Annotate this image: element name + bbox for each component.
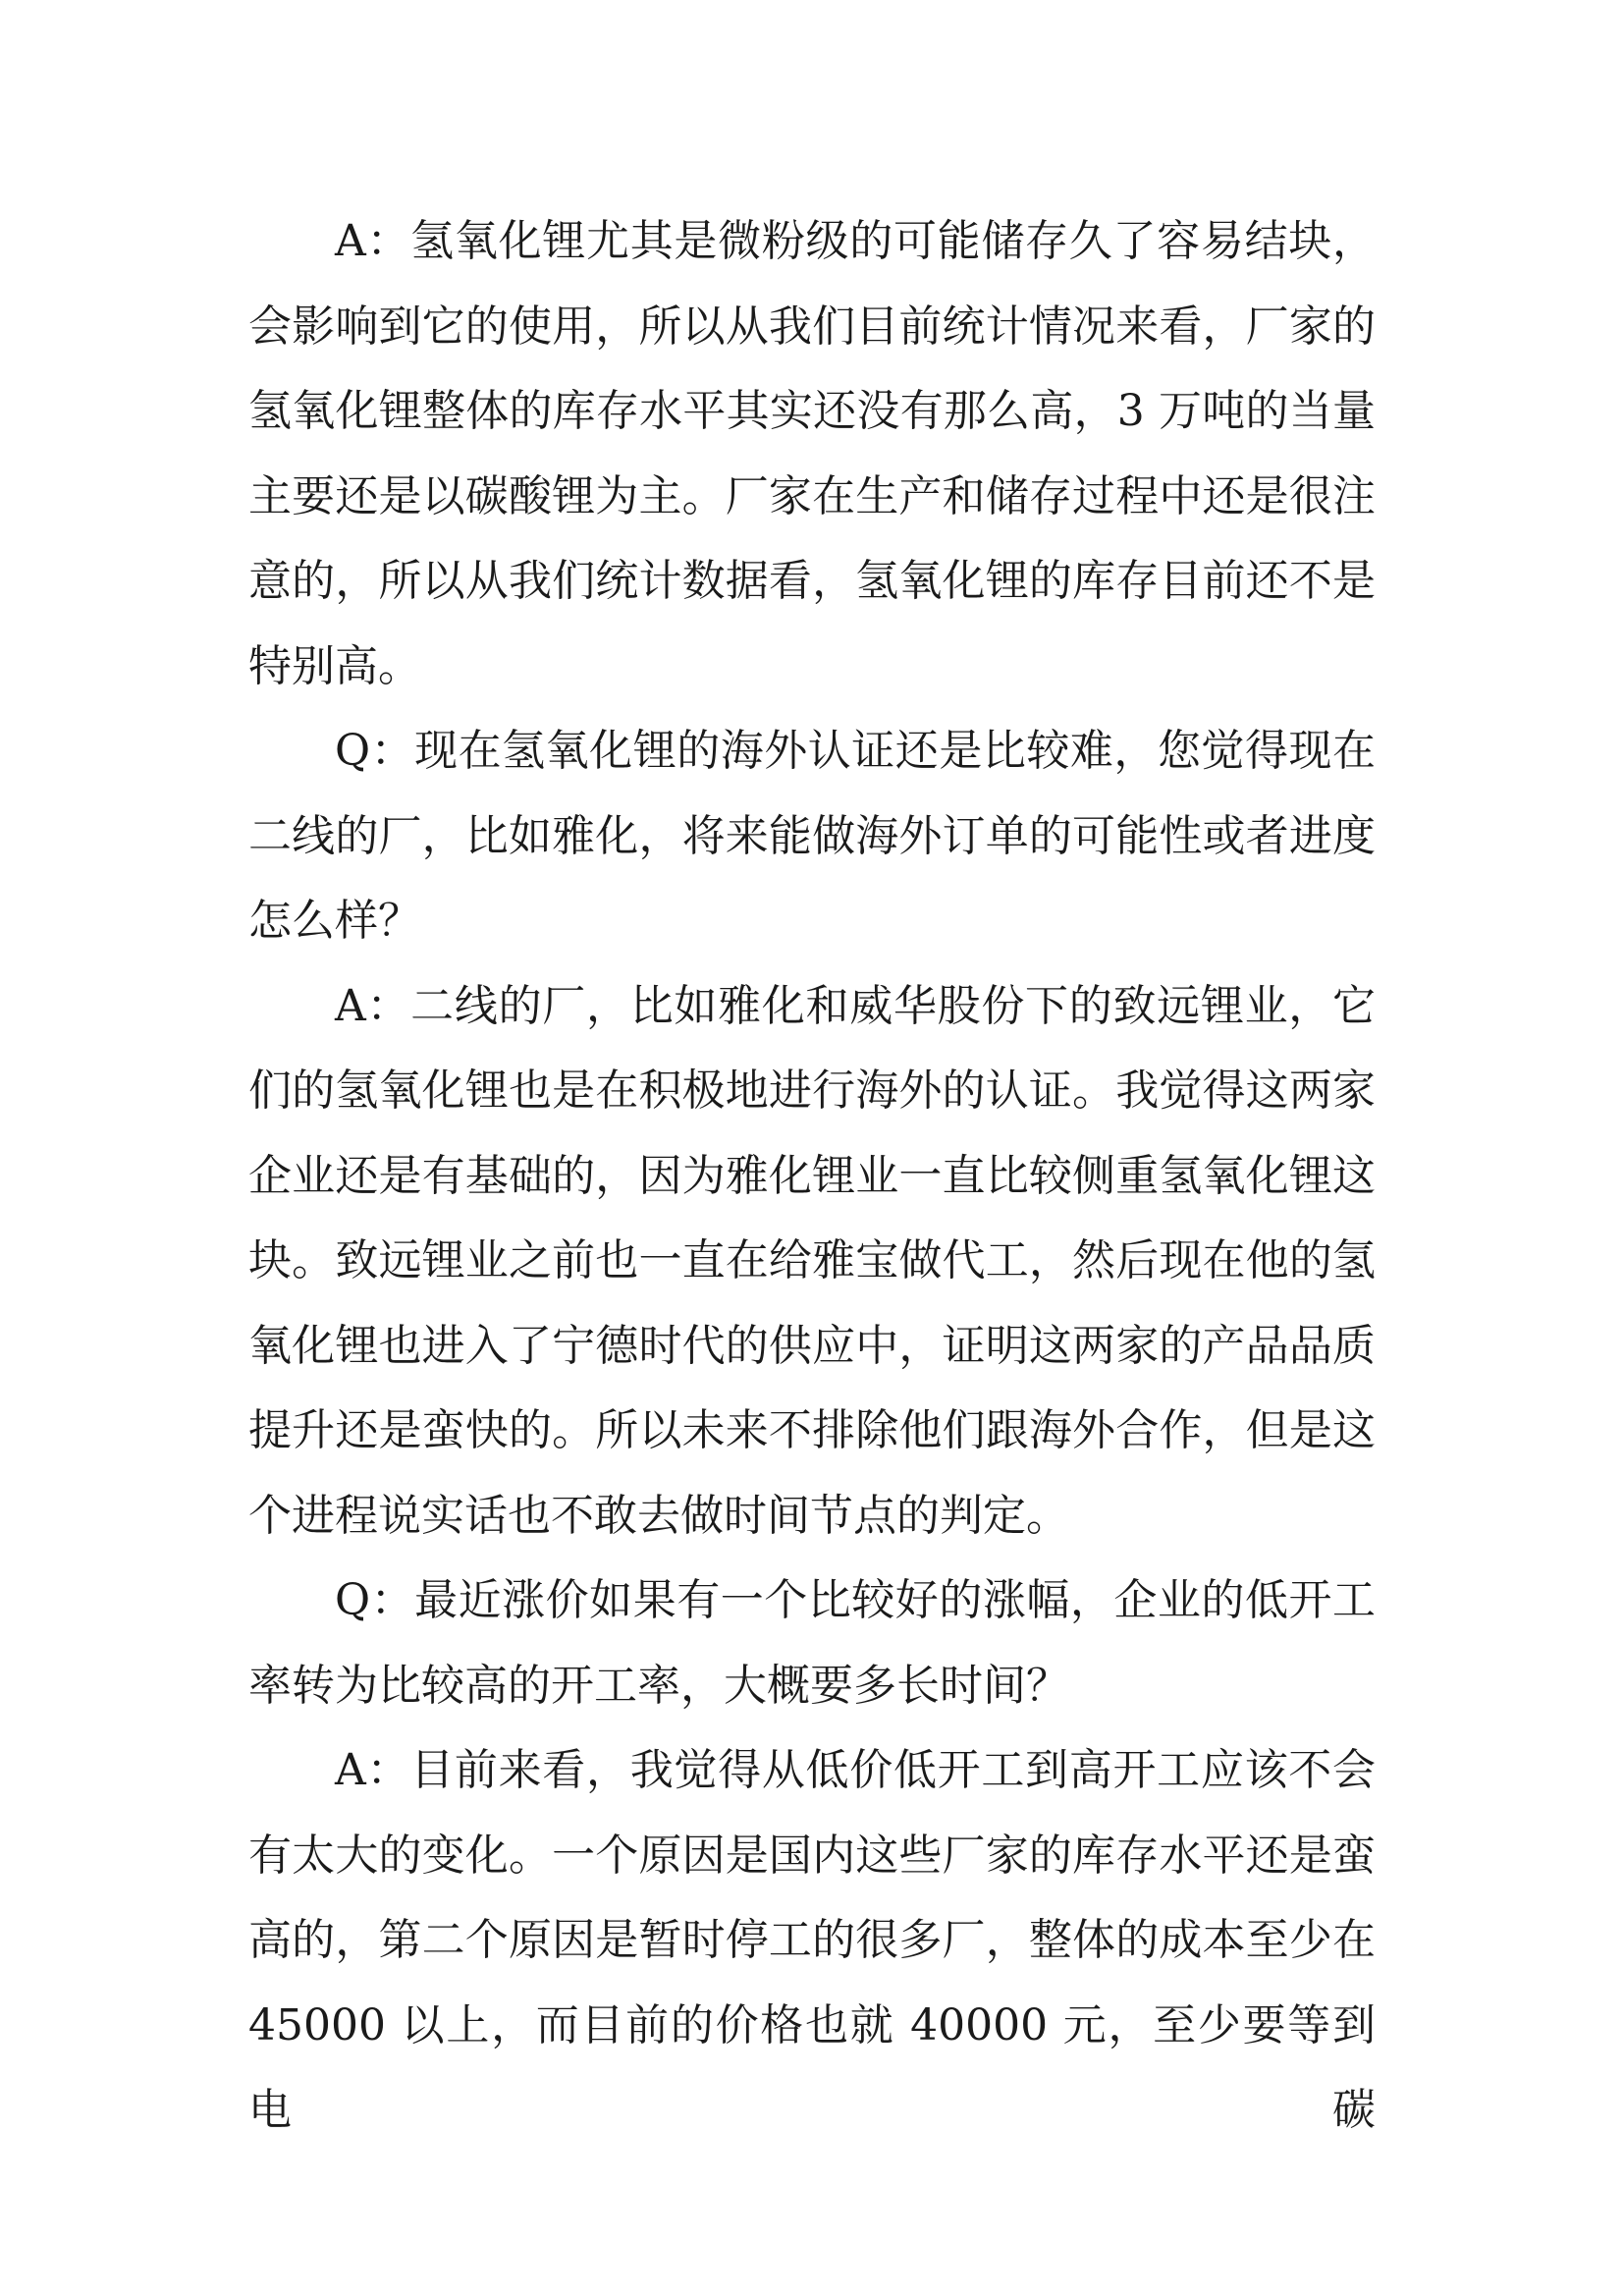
text-line: 氧化锂也进入了宁德时代的供应中，证明这两家的产品品质 xyxy=(248,1304,1376,1390)
answer-paragraph-1: A：氢氧化锂尤其是微粉级的可能储存久了容易结块， 会影响到它的使用，所以从我们目… xyxy=(248,199,1376,709)
text-line: 会影响到它的使用，所以从我们目前统计情况来看，厂家的 xyxy=(248,285,1376,370)
text-line: 个进程说实话也不敢去做时间节点的判定。 xyxy=(248,1474,1376,1559)
answer-paragraph-2: A：二线的厂，比如雅化和威华股份下的致远锂业，它 们的氢氧化锂也是在积极地进行海… xyxy=(248,964,1376,1559)
text-line: 意的，所以从我们统计数据看，氢氧化锂的库存目前还不是 xyxy=(248,539,1376,625)
text-line: 氢氧化锂整体的库存水平其实还没有那么高，3 万吨的当量 xyxy=(248,369,1376,455)
text-line: 主要还是以碳酸锂为主。厂家在生产和储存过程中还是很注 xyxy=(248,455,1376,540)
text-line: A：目前来看，我觉得从低价低开工到高开工应该不会 xyxy=(248,1728,1376,1814)
question-paragraph-2: Q：最近涨价如果有一个比较好的涨幅，企业的低开工 率转为比较高的开工率，大概要多… xyxy=(248,1558,1376,1728)
text-line: 有太大的变化。一个原因是国内这些厂家的库存水平还是蛮 xyxy=(248,1814,1376,1899)
document-body: A：氢氧化锂尤其是微粉级的可能储存久了容易结块， 会影响到它的使用，所以从我们目… xyxy=(248,199,1376,2068)
text-line: 们的氢氧化锂也是在积极地进行海外的认证。我觉得这两家 xyxy=(248,1049,1376,1134)
text-line: 提升还是蛮快的。所以未来不排除他们跟海外合作，但是这 xyxy=(248,1389,1376,1474)
text-line: 特别高。 xyxy=(248,625,1376,710)
text-line: 二线的厂，比如雅化，将来能做海外订单的可能性或者进度 xyxy=(248,794,1376,880)
text-line: A：氢氧化锂尤其是微粉级的可能储存久了容易结块， xyxy=(248,199,1376,285)
text-line: 企业还是有基础的，因为雅化锂业一直比较侧重氢氧化锂这 xyxy=(248,1134,1376,1220)
text-line: Q：现在氢氧化锂的海外认证还是比较难，您觉得现在 xyxy=(248,709,1376,794)
text-line: A：二线的厂，比如雅化和威华股份下的致远锂业，它 xyxy=(248,964,1376,1050)
document-page: A：氢氧化锂尤其是微粉级的可能储存久了容易结块， 会影响到它的使用，所以从我们目… xyxy=(0,0,1623,2296)
text-line: 块。致远锂业之前也一直在给雅宝做代工，然后现在他的氢 xyxy=(248,1219,1376,1304)
question-paragraph-1: Q：现在氢氧化锂的海外认证还是比较难，您觉得现在 二线的厂，比如雅化，将来能做海… xyxy=(248,709,1376,964)
text-line: 高的，第二个原因是暂时停工的很多厂，整体的成本至少在 xyxy=(248,1898,1376,1984)
text-line: 率转为比较高的开工率，大概要多长时间？ xyxy=(248,1644,1376,1729)
answer-paragraph-3: A：目前来看，我觉得从低价低开工到高开工应该不会 有太大的变化。一个原因是国内这… xyxy=(248,1728,1376,2068)
text-line: 怎么样？ xyxy=(248,879,1376,964)
text-line: 45000 以上，而目前的价格也就 40000 元，至少要等到电碳 xyxy=(248,1984,1376,2069)
text-line: Q：最近涨价如果有一个比较好的涨幅，企业的低开工 xyxy=(248,1558,1376,1644)
